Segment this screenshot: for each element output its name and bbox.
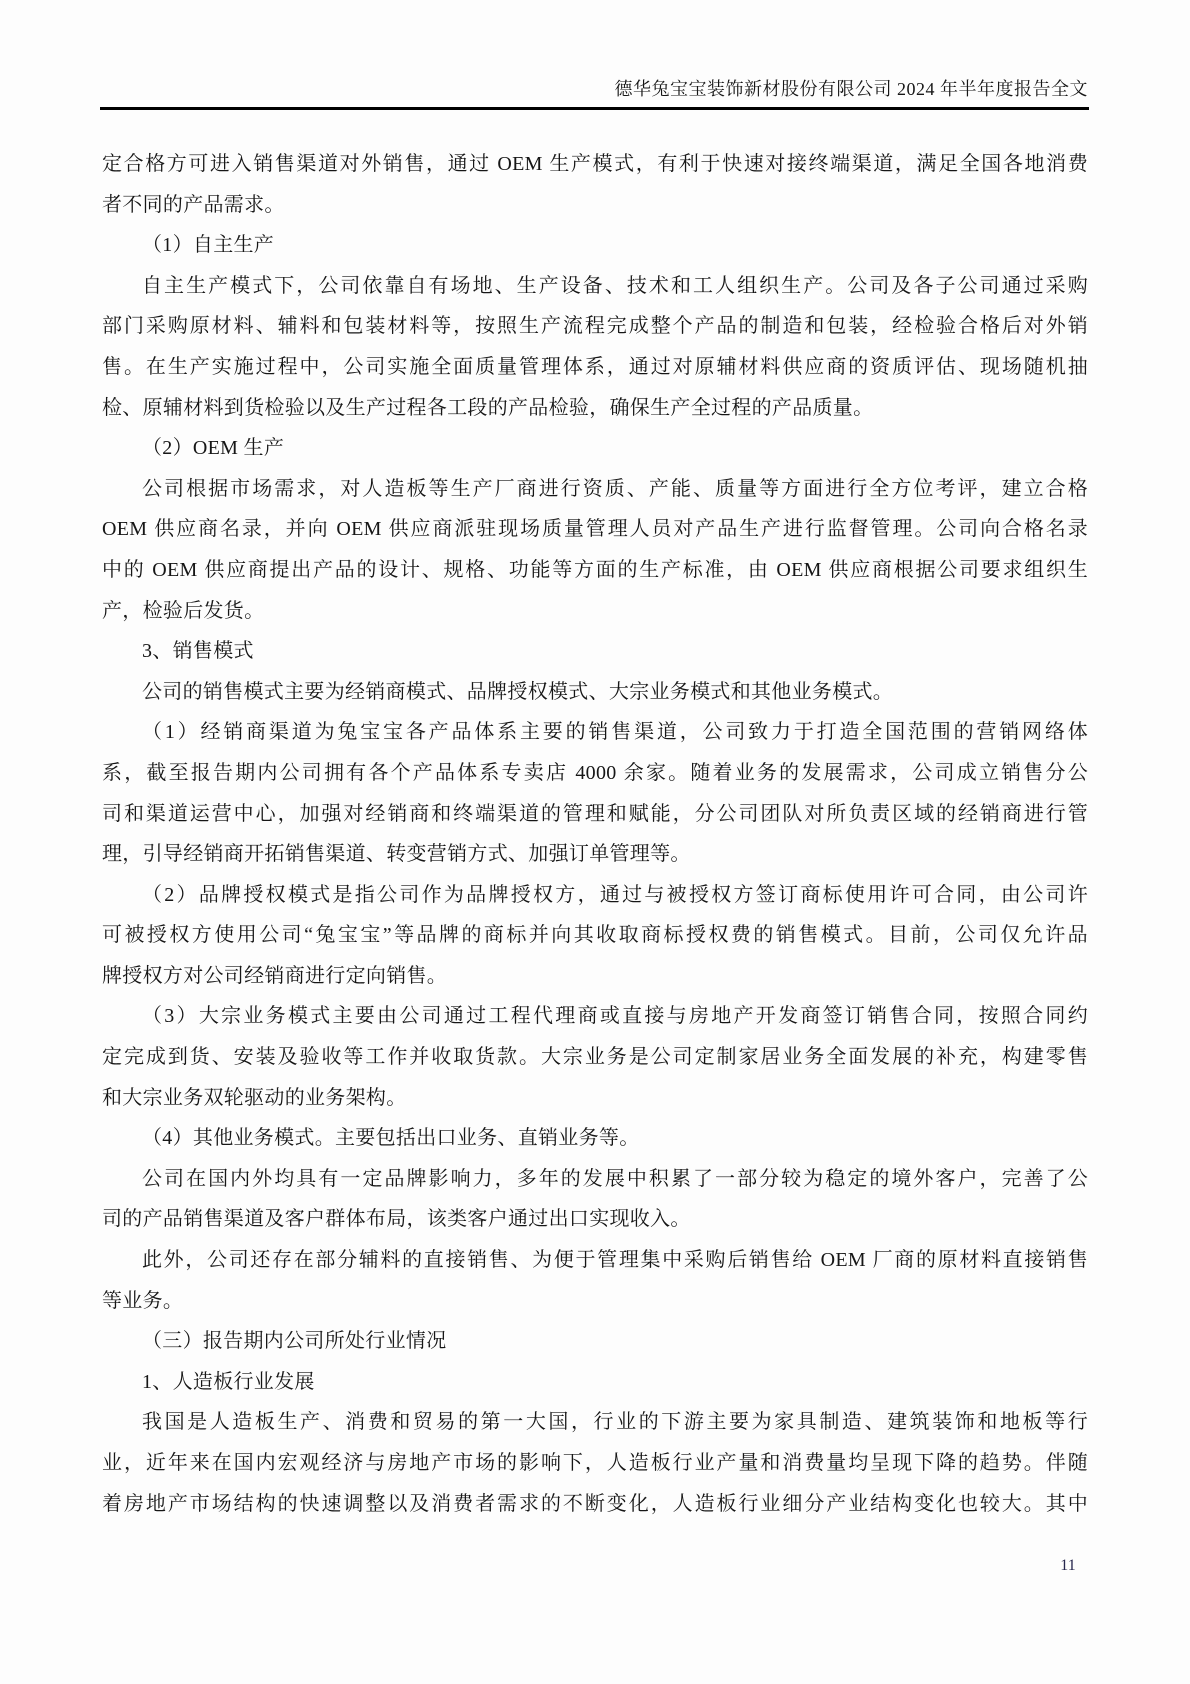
text-line: 此外，公司还存在部分辅料的直接销售、为便于管理集中采购后销售给 OEM 厂商的原… [102, 1240, 1088, 1281]
text-line: 自主生产模式下，公司依靠自有场地、生产设备、技术和工人组织生产。公司及各子公司通… [102, 266, 1088, 307]
text-line: OEM 供应商名录，并向 OEM 供应商派驻现场质量管理人员对产品生产进行监督管… [102, 509, 1088, 550]
text-line: 3、销售模式 [102, 631, 1088, 672]
text-line: 业，近年来在国内宏观经济与房地产市场的影响下，人造板行业产量和消费量均呈现下降的… [102, 1443, 1088, 1484]
text-line: 售。在生产实施过程中，公司实施全面质量管理体系，通过对原辅材料供应商的资质评估、… [102, 347, 1088, 388]
text-line: 着房地产市场结构的快速调整以及消费者需求的不断变化，人造板行业细分产业结构变化也… [102, 1484, 1088, 1525]
text-line: 公司在国内外均具有一定品牌影响力，多年的发展中积累了一部分较为稳定的境外客户，完… [102, 1159, 1088, 1200]
text-line: 产，检验后发货。 [102, 591, 1088, 632]
text-line: 司和渠道运营中心，加强对经销商和终端渠道的管理和赋能，分公司团队对所负责区域的经… [102, 794, 1088, 835]
text-line: 检、原辅材料到货检验以及生产过程各工段的产品检验，确保生产全过程的产品质量。 [102, 388, 1088, 429]
page-header: 德华兔宝宝装饰新材股份有限公司 2024 年半年度报告全文 [100, 76, 1088, 102]
page-number: 11 [1038, 1554, 1098, 1578]
text-line: 司的产品销售渠道及客户群体布局，该类客户通过出口实现收入。 [102, 1199, 1088, 1240]
text-line: 部门采购原材料、辅料和包装材料等，按照生产流程完成整个产品的制造和包装，经检验合… [102, 306, 1088, 347]
text-line: 定合格方可进入销售渠道对外销售，通过 OEM 生产模式，有利于快速对接终端渠道，… [102, 144, 1088, 185]
header-divider [100, 107, 1089, 110]
text-line: 可被授权方使用公司“兔宝宝”等品牌的商标并向其收取商标授权费的销售模式。目前，公… [102, 915, 1088, 956]
text-line: 公司根据市场需求，对人造板等生产厂商进行资质、产能、质量等方面进行全方位考评，建… [102, 469, 1088, 510]
text-line: （1）经销商渠道为兔宝宝各产品体系主要的销售渠道，公司致力于打造全国范围的营销网… [102, 712, 1088, 753]
report-title: 德华兔宝宝装饰新材股份有限公司 2024 年半年度报告全文 [615, 79, 1089, 99]
text-line: 公司的销售模式主要为经销商模式、品牌授权模式、大宗业务模式和其他业务模式。 [102, 672, 1088, 713]
text-line: 中的 OEM 供应商提出产品的设计、规格、功能等方面的生产标准，由 OEM 供应… [102, 550, 1088, 591]
report-page: 德华兔宝宝装饰新材股份有限公司 2024 年半年度报告全文 定合格方可进入销售渠… [0, 0, 1190, 1684]
text-line: 系，截至报告期内公司拥有各个产品体系专卖店 4000 余家。随着业务的发展需求，… [102, 753, 1088, 794]
text-line: （2）品牌授权模式是指公司作为品牌授权方，通过与被授权方签订商标使用许可合同，由… [102, 875, 1088, 916]
text-line: 我国是人造板生产、消费和贸易的第一大国，行业的下游主要为家具制造、建筑装饰和地板… [102, 1402, 1088, 1443]
text-line: 定完成到货、安装及验收等工作并收取货款。大宗业务是公司定制家居业务全面发展的补充… [102, 1037, 1088, 1078]
text-line: （3）大宗业务模式主要由公司通过工程代理商或直接与房地产开发商签订销售合同，按照… [102, 996, 1088, 1037]
document-body: 定合格方可进入销售渠道对外销售，通过 OEM 生产模式，有利于快速对接终端渠道，… [102, 144, 1088, 1524]
text-line: （2）OEM 生产 [102, 428, 1088, 469]
text-line: 牌授权方对公司经销商进行定向销售。 [102, 956, 1088, 997]
text-line: 理，引导经销商开拓销售渠道、转变营销方式、加强订单管理等。 [102, 834, 1088, 875]
text-line: 1、人造板行业发展 [102, 1362, 1088, 1403]
text-line: （4）其他业务模式。主要包括出口业务、直销业务等。 [102, 1118, 1088, 1159]
text-line: 者不同的产品需求。 [102, 185, 1088, 226]
text-line: （三）报告期内公司所处行业情况 [102, 1321, 1088, 1362]
text-line: 和大宗业务双轮驱动的业务架构。 [102, 1078, 1088, 1119]
text-line: （1）自主生产 [102, 225, 1088, 266]
text-line: 等业务。 [102, 1281, 1088, 1322]
